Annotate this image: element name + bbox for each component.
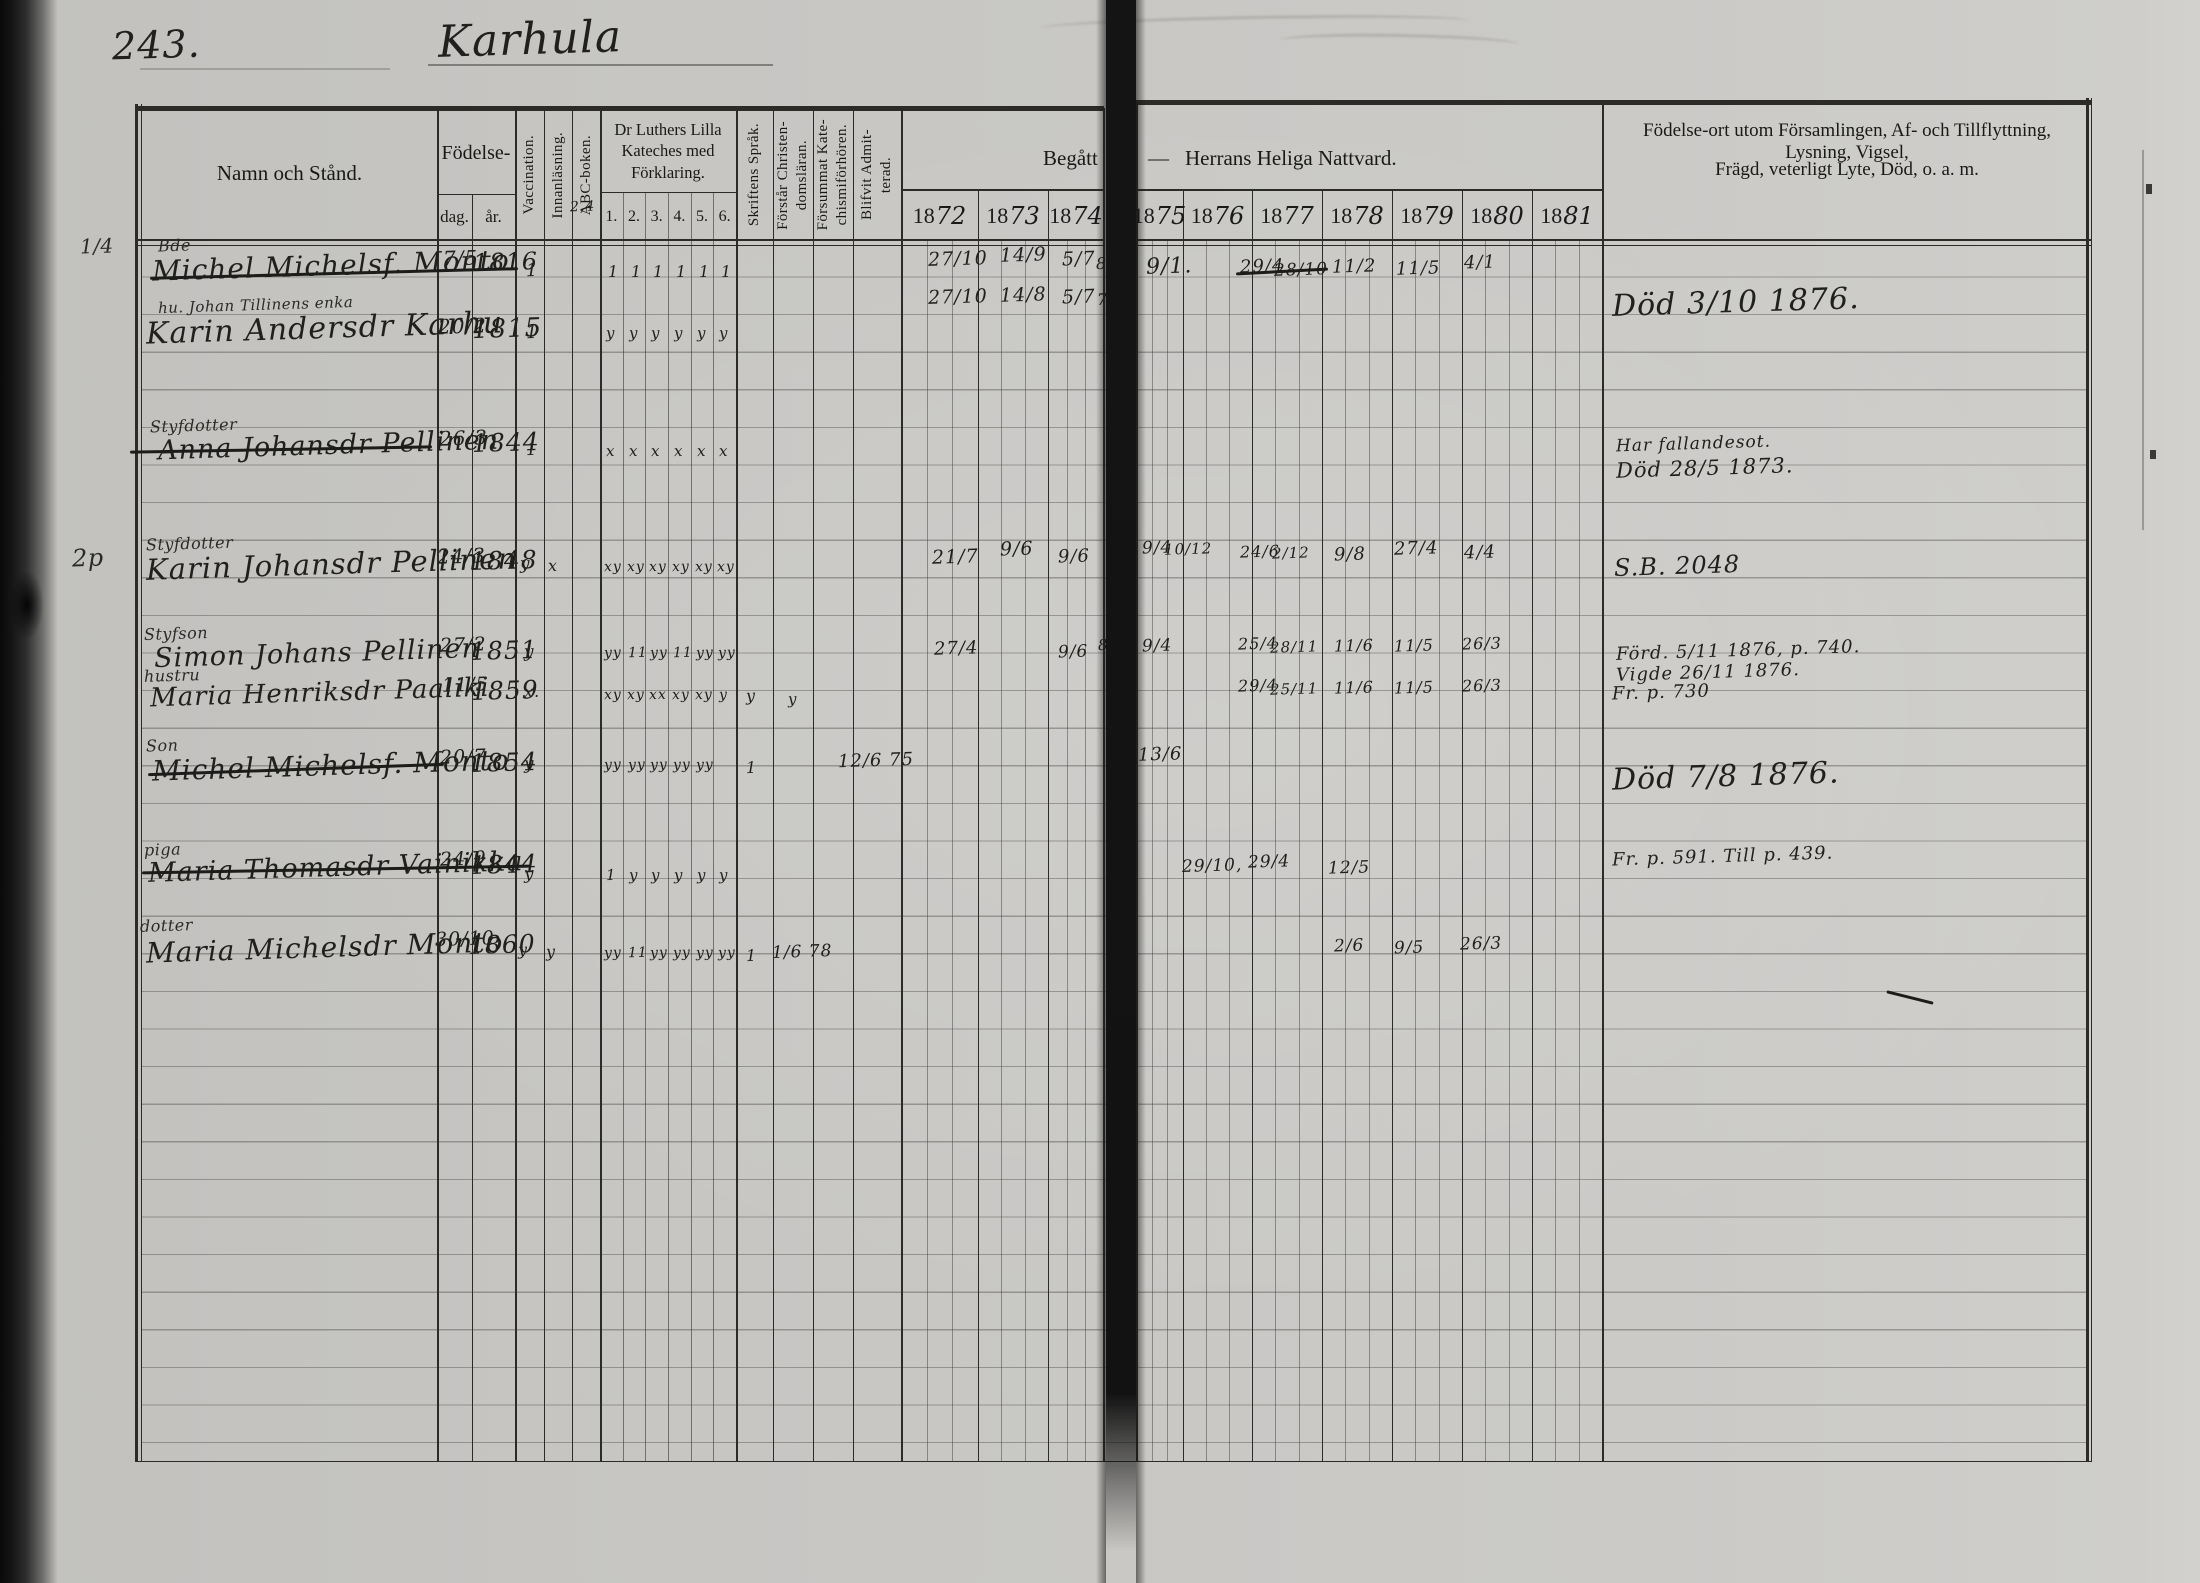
record-mark: y [719,688,728,702]
record-mark: xy [627,560,645,575]
record-mark: 9/6 [1058,644,1089,662]
year-header: 1873 [978,192,1048,240]
col-header-understands-doctrine: Förstår Christen-domsläran. [773,112,813,238]
record-mark: 26/3 [1460,935,1503,953]
record-mark: 9/8 [1334,546,1367,565]
record-mark: 2/12 [1272,545,1310,561]
record-mark: yy [650,646,668,661]
record-mark: xy [604,560,622,575]
record-mark: yy [650,946,668,961]
record-mark: 1 [631,264,643,280]
record-mark: 1 [653,264,665,280]
record-mark: y [697,326,707,341]
col-header-birth-year: år. [472,196,515,238]
record-mark: xy [695,560,713,575]
note-text: S.B. 2048 [1614,552,1741,580]
year-header: 1881 [1532,192,1602,240]
year-handwritten-digits: 76 [1214,202,1245,230]
record-mark: yy [696,946,714,961]
record-mark: 29/4 [1248,853,1291,871]
record-mark: 29/10, [1182,857,1243,876]
record-mark: yy [628,758,646,773]
record-mark: 14/9 [1000,245,1047,265]
record-mark: 1 [721,264,733,280]
record-mark: 12/6 75 [838,751,915,771]
record-mark: 14/8 [1000,285,1047,305]
record-mark: 1/6 78 [772,943,833,962]
record-mark: x [548,558,559,574]
col-header-notes-line1: Födelse-ort utom Församlingen, Af- och T… [1608,128,2086,156]
record-mark: y [674,326,684,341]
grid-hline [1136,189,1602,191]
record-mark: 27/10 [928,287,988,308]
year-handwritten-digits: 73 [1009,202,1040,230]
year-handwritten-digits: 77 [1283,202,1314,230]
record-mark: 2,4 [570,200,596,215]
record-mark: 1 [526,262,539,280]
record-mark: 9/6 [1000,539,1034,559]
record-mark: 5/7 [1062,249,1096,269]
village-title: Karhula [437,15,622,65]
year-printed-prefix: 18 [913,203,935,229]
note-text: Fr. p. 730 [1612,682,1710,703]
scanned-church-record-spread: 243. Karhula Namn och Stånd. Födelse- da… [0,0,2200,1583]
entry-label: Styfson [144,625,208,643]
note-text: Död 7/8 1876. [1612,758,1840,795]
record-mark: x [719,444,729,459]
record-mark: 10/12 [1164,541,1213,558]
year-printed-prefix: 18 [1330,203,1352,229]
record-mark: 1 [608,264,620,280]
record-mark: y [788,692,798,707]
col-header-vaccination: Vaccination. [515,112,544,238]
record-mark: 9/5 [1394,940,1425,958]
margin-mark: 2p [72,546,104,571]
grid-hline [901,189,1104,191]
record-mark: 11 [628,946,648,961]
year-header: 1878 [1322,192,1392,240]
col-header-reading: Innanläsning. [544,112,572,238]
record-mark: xy [604,688,622,703]
record-mark: 21/7 [932,547,979,567]
col-header-catechism: Dr Luthers Lilla Kateches med Förklaring… [600,114,736,188]
col-header-confirmation-school: Skriftens Språk. [736,112,773,238]
record-mark: y [674,868,684,883]
record-mark: 11 [628,646,648,661]
grid-hline [135,106,1104,111]
record-mark: 1 [606,868,617,883]
record-mark: 25/11 [1270,681,1319,698]
catechism-col-number: 1. [600,196,623,238]
record-mark: 9/1. [1146,255,1193,278]
record-mark: y [629,326,639,341]
margin-mark: 1/4 [80,235,114,256]
record-mark: 27/4 [1394,539,1439,558]
record-mark: 11/5 [1394,679,1434,696]
entry-label: Son [146,737,179,754]
record-mark: y [746,688,757,704]
year-header: 1880 [1462,192,1532,240]
record-mark: yy [604,758,622,773]
record-mark: yy [696,646,714,661]
record-mark: 1 [526,442,538,459]
record-mark: 26/3 [1462,635,1502,652]
record-mark: yy [604,946,622,961]
record-mark: 1 [526,324,539,342]
record-mark: 1 [746,760,758,776]
record-mark: 1 [699,264,711,280]
record-mark: y [606,326,616,341]
grid-hline [600,192,736,193]
record-mark: 28/11 [1270,639,1319,656]
record-mark: x [674,444,684,459]
record-mark: xy [672,560,690,575]
grid-vline [2091,98,2092,1462]
ink-bleed-mark [1280,32,1520,53]
record-mark: 11/6 [1334,679,1374,696]
record-mark: x [651,444,661,459]
page-edge-line [2142,150,2144,530]
record-mark: y [524,866,535,883]
col-header-birth: Födelse- [437,118,515,188]
note-text: Död 28/5 1873. [1616,455,1794,482]
col-header-birth-day: dag. [437,196,472,238]
record-mark: y [524,756,535,773]
col-header-abc-book: ABC-boken. [572,112,600,238]
note-text: Har fallandesot. [1616,434,1771,456]
year-handwritten-digits: 78 [1353,202,1384,230]
year-handwritten-digits: 80 [1493,202,1524,230]
record-mark: yy [604,646,622,661]
year-handwritten-digits: 72 [936,202,967,230]
year-handwritten-digits: 79 [1423,202,1454,230]
record-mark: y [719,326,729,341]
col-header-neglected-catechism: Försummat Kate-chismiförhören. [813,112,853,238]
record-mark: xx [649,688,667,703]
record-mark: 4/4 [1464,544,1497,563]
year-printed-prefix: 18 [1400,203,1422,229]
record-mark: 11 [673,646,693,661]
record-mark: 4/1 [1464,254,1497,273]
year-handwritten-digits: 75 [1156,202,1187,230]
record-mark: x. [524,684,541,700]
record-mark: xy [627,688,645,703]
entry-label: Bde [158,237,191,254]
record-mark: y [651,326,661,341]
record-mark: 26/3 [1462,677,1502,694]
record-mark: yy [673,758,691,773]
scan-left-edge [0,0,58,1583]
record-mark: yy [673,946,691,961]
record-mark: y [697,868,707,883]
year-handwritten-digits: 81 [1563,202,1594,230]
record-mark: y [518,942,529,958]
record-mark: y [520,556,531,573]
col-header-begatt: Begått [1043,146,1098,171]
record-mark: 1 [676,264,688,280]
grid-hline [1136,100,2091,105]
record-mark: y [629,868,639,883]
record-mark: 11/5 [1394,637,1434,654]
record-mark: 5/7 [1062,287,1096,307]
record-mark: 27/10 [928,249,988,270]
record-mark: 2/6 [1334,938,1365,956]
year-printed-prefix: 18 [1191,203,1213,229]
year-header: 1877 [1252,192,1322,240]
record-mark: 27/4 [934,639,979,658]
book-gutter [1106,0,1136,1583]
catechism-col-number: 6. [713,196,736,238]
record-mark: yy [718,946,736,961]
record-mark: y [546,944,557,960]
page-number: 243. [111,25,201,66]
record-mark: x [629,444,639,459]
col-header-notes-line2: Frägd, veterligt Lyte, Död, o. a. m. [1608,156,2086,184]
year-printed-prefix: 18 [1540,203,1562,229]
catechism-col-number: 4. [668,196,691,238]
record-mark: yy [696,758,714,773]
record-mark: y [524,644,535,661]
record-mark: 11/6 [1334,637,1374,654]
col-header-name: Namn och Stånd. [142,118,437,228]
record-mark: 1 [746,948,758,964]
record-mark: yy [650,758,668,773]
catechism-col-number: 2. [623,196,646,238]
year-header: 1876 [1183,192,1252,240]
record-mark: y [651,868,661,883]
year-printed-prefix: 18 [1049,203,1071,229]
scan-speck [2150,450,2156,459]
record-mark: y [719,868,729,883]
year-printed-prefix: 18 [1470,203,1492,229]
note-text: Död 3/10 1876. [1612,284,1860,322]
record-mark: 11/5 [1396,259,1441,278]
year-header: 1872 [901,192,978,240]
record-mark: 11/2 [1332,257,1377,276]
record-mark: xy [649,560,667,575]
year-printed-prefix: 18 [1260,203,1282,229]
catechism-col-number: 3. [645,196,668,238]
col-header-communion: Herrans Heliga Nattvard. [1185,146,1397,171]
record-mark: yy [718,646,736,661]
record-mark: 9/4 [1142,638,1173,656]
grid-vline [135,104,138,1462]
year-printed-prefix: 18 [986,203,1008,229]
catechism-col-number: 5. [691,196,714,238]
record-mark: x [697,444,707,459]
entry-label: dotter [140,917,193,935]
scan-speck [2146,184,2152,194]
col-header-dash: — [1148,146,1169,171]
page-number-underline [140,68,390,70]
record-mark: 9/6 [1058,548,1091,567]
record-mark: 12/5 [1328,859,1371,877]
col-header-admitted: Blifvit Admit-terad. [853,112,901,238]
record-mark: xy [695,688,713,703]
record-mark: xy [672,688,690,703]
record-mark: x [606,444,616,459]
record-mark: xy [717,560,735,575]
year-header: 1879 [1392,192,1462,240]
